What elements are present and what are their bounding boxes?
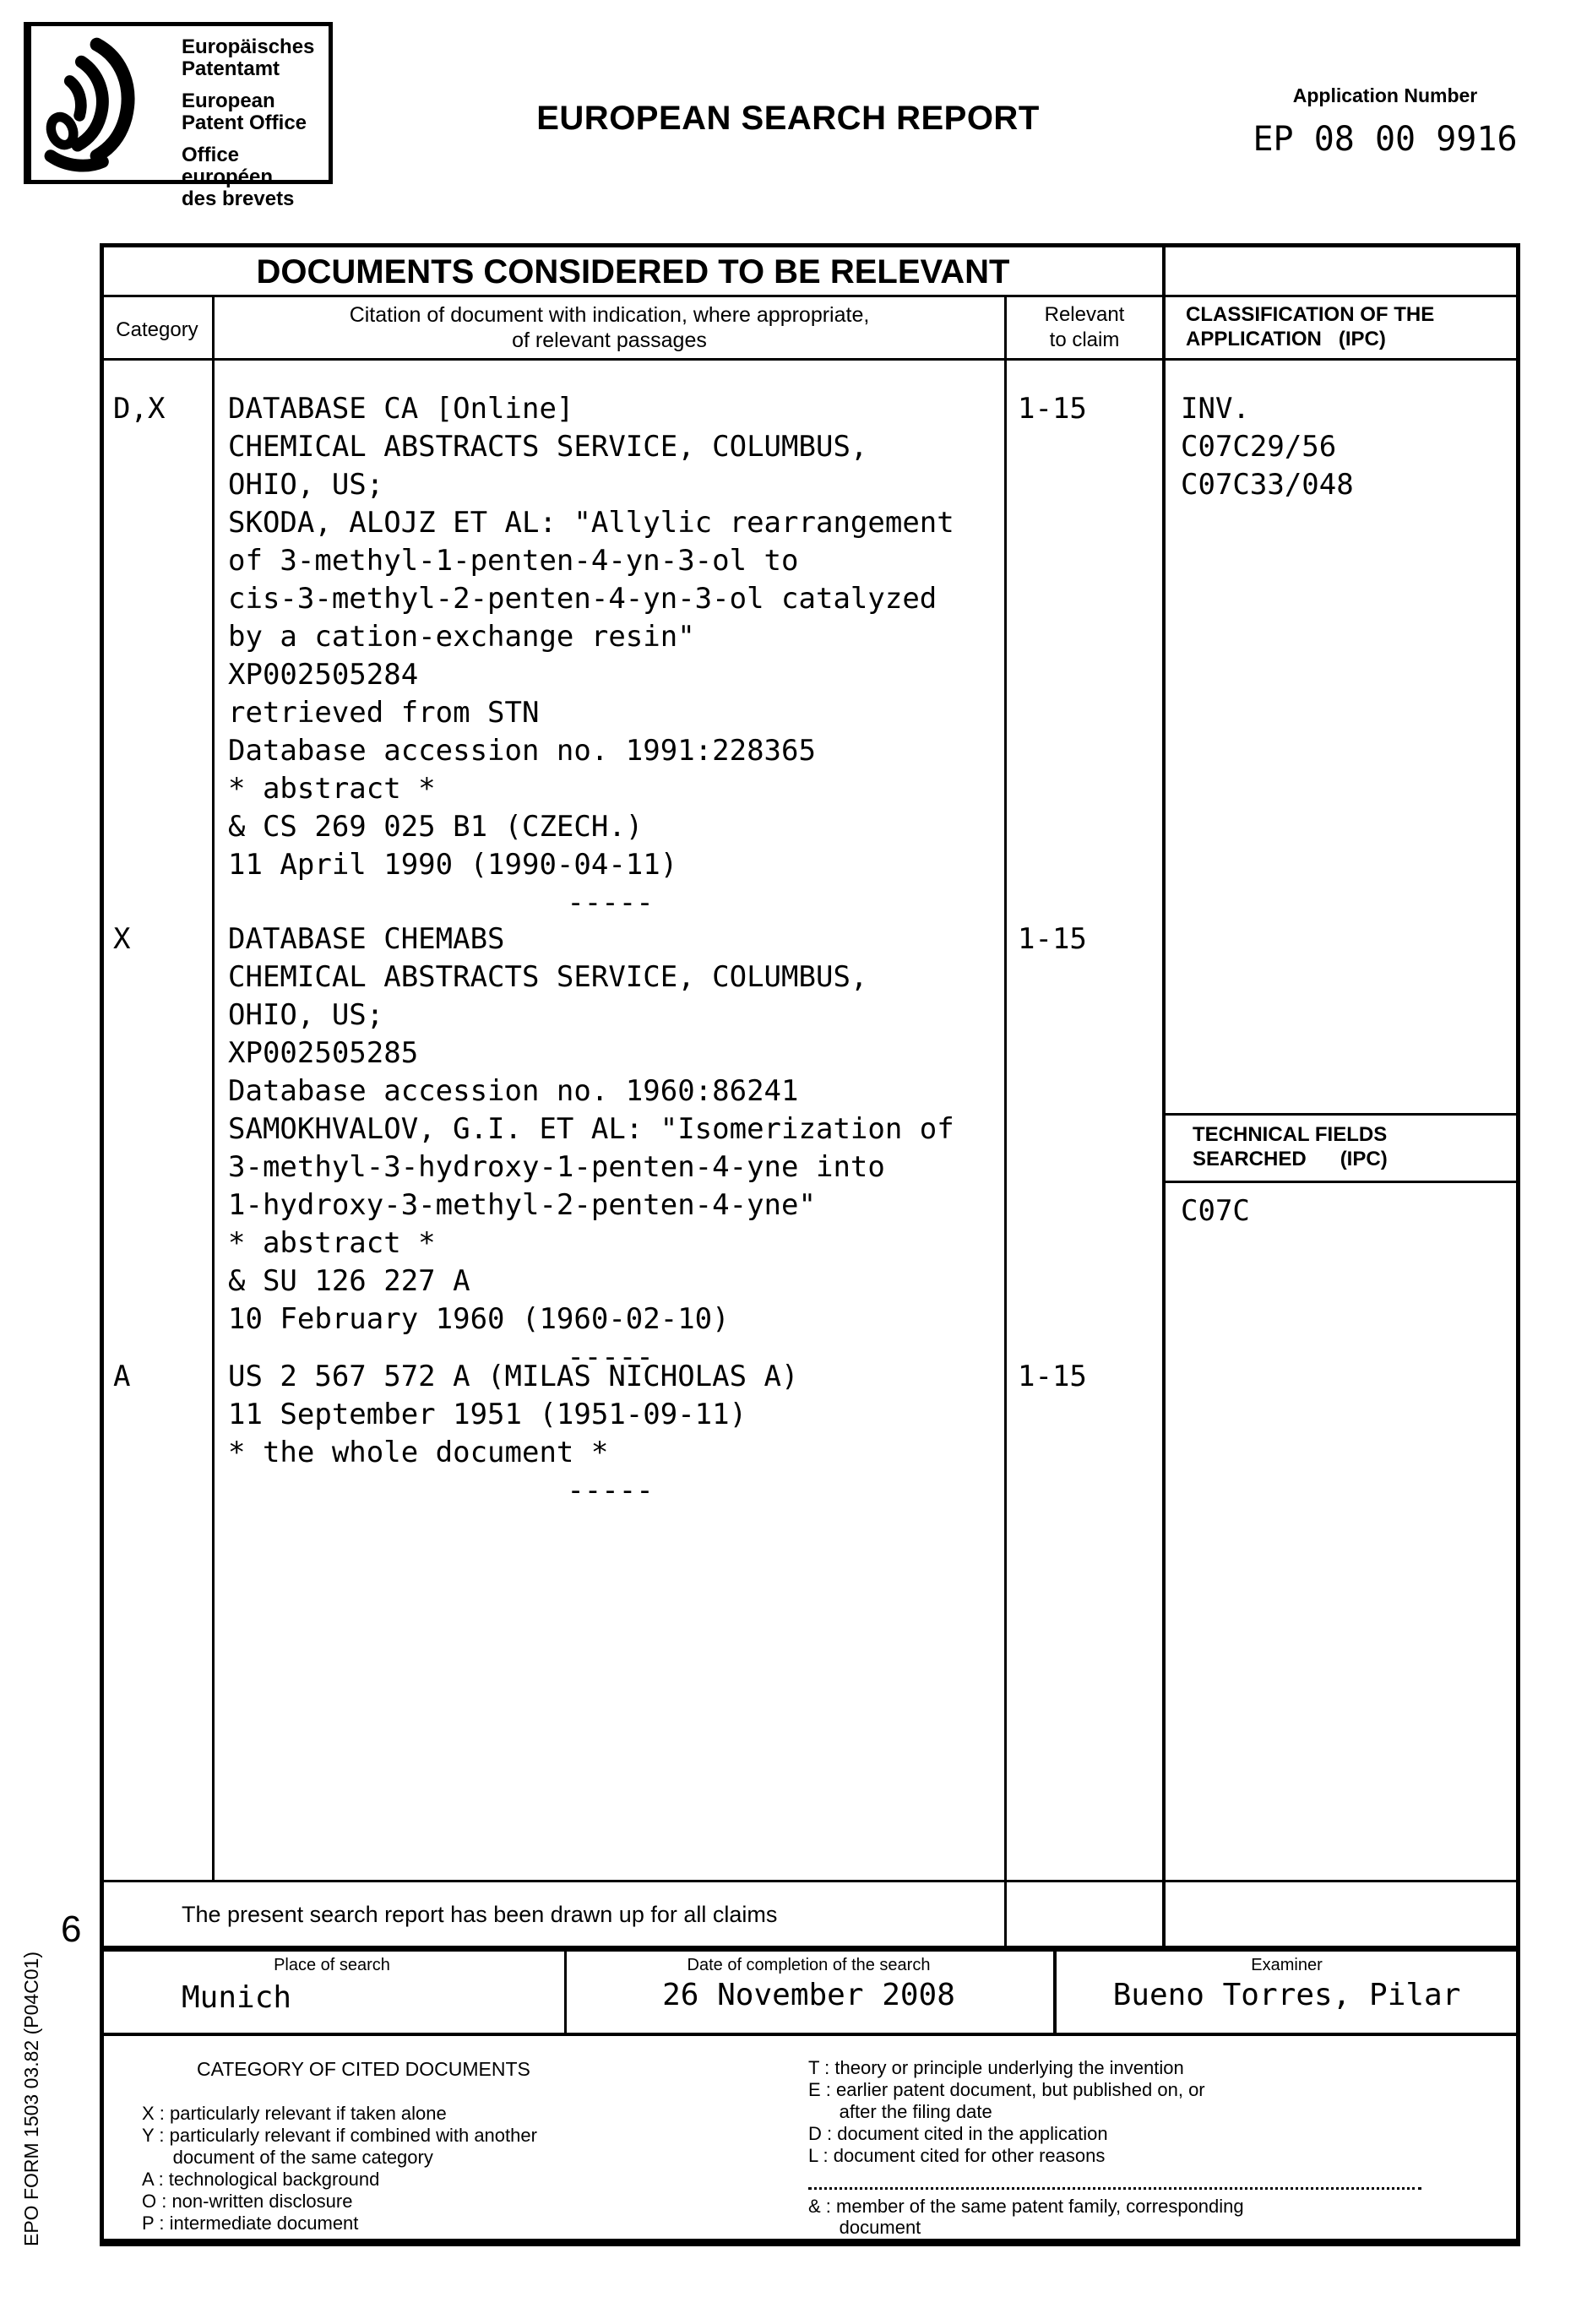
legend-line: document of the same category: [142, 2147, 537, 2169]
relevant-to-claim-value: 1-15: [1018, 920, 1087, 958]
line-relevant-column: [1004, 295, 1007, 1952]
epo-logo-box: Europäisches PatentamtEuropean Patent Of…: [24, 22, 333, 184]
legend-line: after the filing date: [808, 2101, 1205, 2123]
documents-table-title: DOCUMENTS CONSIDERED TO BE RELEVANT: [104, 253, 1162, 291]
application-number-label: Application Number: [1216, 84, 1554, 107]
legend-left-column: X : particularly relevant if taken alone…: [142, 2103, 537, 2234]
date-of-completion-label: Date of completion of the search: [564, 1956, 1053, 1975]
citation-line: XP002505285: [228, 1034, 992, 1072]
place-of-search-value: Munich: [182, 1980, 291, 2015]
column-header-category: Category: [100, 318, 215, 343]
line-above-drawnup-row: [100, 1880, 1520, 1882]
relevant-to-claim-value: 1-15: [1018, 1358, 1087, 1396]
report-title: EUROPEAN SEARCH REPORT: [408, 100, 1168, 138]
citation-line: SAMOKHVALOV, G.I. ET AL: "Isomerization …: [228, 1110, 992, 1148]
logo-divider: [28, 26, 31, 180]
citation-line: DATABASE CHEMABS: [228, 920, 992, 958]
org-name: Office européen des brevets: [182, 144, 321, 210]
line-tech-fields-top: [1162, 1113, 1520, 1116]
technical-fields-searched-label: TECHNICAL FIELDS SEARCHED (IPC): [1193, 1122, 1514, 1171]
tech-field-code: C07C: [1181, 1192, 1502, 1230]
epo-logo-icon: [36, 33, 163, 176]
citation-line: 11 September 1951 (1951-09-11): [228, 1396, 992, 1434]
classification-codes: INV. C07C29/56 C07C33/048: [1181, 390, 1354, 504]
legend-line: Y : particularly relevant if combined wi…: [142, 2125, 537, 2147]
column-header-citation: Citation of document with indication, wh…: [215, 302, 1004, 353]
column-header-relevant-to-claim: Relevant to claim: [1007, 302, 1162, 353]
citation-block: US 2 567 572 A (MILAS NICHOLAS A)11 Sept…: [228, 1358, 992, 1510]
citation-block: DATABASE CA [Online]CHEMICAL ABSTRACTS S…: [228, 390, 992, 922]
line-below-column-headers: [100, 358, 1520, 361]
entry-category: X: [113, 920, 130, 958]
legend-right-column-top: T : theory or principle underlying the i…: [808, 2057, 1205, 2167]
date-of-completion-value: 26 November 2008: [564, 1978, 1053, 2012]
legend-line: L : document cited for other reasons: [808, 2145, 1205, 2167]
examiner-label: Examiner: [1053, 1956, 1520, 1975]
drawn-up-statement: The present search report has been drawn…: [182, 1902, 777, 1928]
citation-line: retrieved from STN: [228, 694, 992, 732]
citation-line: -----: [228, 884, 992, 922]
citation-line: & CS 269 025 B1 (CZECH.): [228, 808, 992, 846]
line-category-column: [212, 295, 215, 1882]
citation-line: DATABASE CA [Online]: [228, 390, 992, 428]
citation-block: DATABASE CHEMABSCHEMICAL ABSTRACTS SERVI…: [228, 920, 992, 1376]
line-below-title: [100, 295, 1520, 297]
epo-org-names: Europäisches PatentamtEuropean Patent Of…: [182, 36, 321, 220]
ipc-code: C07C33/048: [1181, 466, 1354, 504]
legend-line: O : non-written disclosure: [142, 2191, 537, 2213]
application-number: EP 08 00 9916: [1216, 120, 1554, 159]
citation-line: * abstract *: [228, 770, 992, 808]
epo-form-number: EPO FORM 1503 03.82 (P04C01): [20, 1968, 43, 2246]
citation-line: of 3-methyl-1-penten-4-yn-3-ol to: [228, 542, 992, 580]
line-tech-fields-bottom: [1162, 1181, 1520, 1183]
citation-line: * abstract *: [228, 1224, 992, 1262]
examiner-value: Bueno Torres, Pilar: [1053, 1978, 1520, 2012]
citation-line: OHIO, US;: [228, 466, 992, 504]
citation-line: Database accession no. 1991:228365: [228, 732, 992, 770]
line-classification-column: [1162, 243, 1166, 1952]
citation-line: cis-3-methyl-2-penten-4-yn-3-ol catalyze…: [228, 580, 992, 618]
citation-line: 11 April 1990 (1990-04-11): [228, 846, 992, 884]
citation-line: 10 February 1960 (1960-02-10): [228, 1300, 992, 1338]
relevant-to-claim-value: 1-15: [1018, 390, 1087, 428]
citation-line: 1-hydroxy-3-methyl-2-penten-4-yne": [228, 1186, 992, 1224]
search-report-page: Europäisches PatentamtEuropean Patent Of…: [0, 0, 1576, 2324]
legend-line: X : particularly relevant if taken alone: [142, 2103, 537, 2125]
citation-line: XP002505284: [228, 656, 992, 694]
citation-line: SKODA, ALOJZ ET AL: "Allylic rearrangeme…: [228, 504, 992, 542]
margin-page-number: 6: [61, 1909, 81, 1951]
entry-category: A: [113, 1358, 130, 1396]
citation-line: * the whole document *: [228, 1434, 992, 1472]
citation-line: by a cation-exchange resin": [228, 618, 992, 656]
legend-line: T : theory or principle underlying the i…: [808, 2057, 1205, 2079]
citation-line: 3-methyl-3-hydroxy-1-penten-4-yne into: [228, 1148, 992, 1186]
legend-right-column-bottom: & : member of the same patent family, co…: [808, 2196, 1244, 2238]
legend-line: document: [808, 2217, 1244, 2238]
place-of-search-label: Place of search: [100, 1956, 564, 1975]
legend-line: E : earlier patent document, but publish…: [808, 2079, 1205, 2101]
citation-line: & SU 126 227 A: [228, 1262, 992, 1300]
citation-line: OHIO, US;: [228, 996, 992, 1034]
org-name: European Patent Office: [182, 90, 321, 134]
column-header-classification: CLASSIFICATION OF THE APPLICATION (IPC): [1186, 302, 1515, 351]
legend-line: D : document cited in the application: [808, 2123, 1205, 2145]
citation-line: Database accession no. 1960:86241: [228, 1072, 992, 1110]
line-below-drawnup-row: [100, 1946, 1520, 1952]
citation-line: US 2 567 572 A (MILAS NICHOLAS A): [228, 1358, 992, 1396]
citation-line: CHEMICAL ABSTRACTS SERVICE, COLUMBUS,: [228, 428, 992, 466]
technical-fields-codes: C07C: [1181, 1192, 1502, 1230]
legend-title: CATEGORY OF CITED DOCUMENTS: [197, 2058, 530, 2081]
inv-label: INV.: [1181, 390, 1354, 428]
legend-line: P : intermediate document: [142, 2213, 537, 2234]
ipc-code: C07C29/56: [1181, 428, 1354, 466]
citation-line: CHEMICAL ABSTRACTS SERVICE, COLUMBUS,: [228, 958, 992, 996]
line-below-search-info-row: [100, 2033, 1520, 2036]
entry-category: D,X: [113, 390, 165, 428]
legend-dotted-divider: [808, 2187, 1421, 2190]
org-name: Europäisches Patentamt: [182, 36, 321, 80]
citation-line: -----: [228, 1472, 992, 1510]
legend-line: A : technological background: [142, 2169, 537, 2191]
legend-line: & : member of the same patent family, co…: [808, 2196, 1244, 2217]
